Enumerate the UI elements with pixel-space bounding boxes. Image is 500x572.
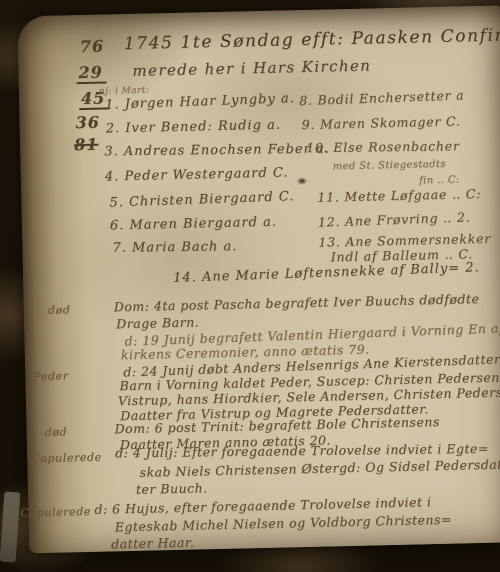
margin-label-baptism: Peder: [33, 369, 69, 383]
register-entry-line: datter Haar.: [111, 535, 195, 552]
confirmand-name: 3. Andreas Enochsen Feber a.: [104, 142, 330, 160]
confirmand-name: 6. Maren Biergaard a.: [110, 215, 277, 234]
confirmand-name: 11. Mette Løfgaae ‥ C:: [317, 186, 481, 205]
margin-label-marriage: Copulerede: [20, 505, 91, 520]
register-entry-line: Drage Barn.: [116, 314, 199, 331]
register-entry-line: ter Buuch.: [136, 480, 208, 497]
margin-number: 36: [75, 113, 100, 133]
confirmand-name: 4. Peder Westergaard C.: [105, 165, 289, 184]
margin-number: 81: [74, 135, 99, 155]
entry-heading-line: merede her i Hars Kirchen: [132, 56, 371, 79]
interlinear-insertion: med St. Stiegestadts: [333, 159, 446, 173]
interlinear-insertion: fin ‥ C:: [419, 174, 460, 186]
margin-label-burial: død: [44, 425, 67, 439]
confirmand-name: 2. Iver Bened: Rudig a.: [106, 118, 281, 137]
confirmand-name: 12. Ane Frøvring ‥ 2.: [318, 209, 471, 229]
confirmand-name: 14. Ane Marie Løftensnekke af Bally= 2.: [173, 260, 480, 286]
confirmand-name: 9. Maren Skomager C.: [302, 113, 461, 132]
margin-number: 29: [76, 62, 107, 84]
interlinear-note: nj: i Mart:: [99, 86, 149, 97]
scan-edge-artifact: [0, 492, 20, 563]
entry-heading-line: 1745 1te Søndag efft: Paasken Confir=: [124, 25, 500, 54]
register-page: 76 29 45 36 81 1745 1te Søndag efft: Paa…: [17, 5, 500, 553]
margin-label-burial: død: [48, 303, 71, 317]
confirmand-name: 10. Else Rosenbacher: [306, 138, 460, 155]
confirmand-name: 7. Maria Bach a.: [112, 239, 237, 256]
register-entry-line: skab Niels Christensen Østergd: Og Sidse…: [139, 456, 500, 479]
margin-label-marriage: Copulerede: [31, 451, 102, 466]
register-entry-line: Dom: 4ta post Pascha begrafett Iver Buuc…: [114, 291, 480, 314]
confirmand-name: 8. Bodil Enchersetter a: [299, 87, 465, 108]
margin-number: 76: [80, 37, 105, 57]
manuscript-photo: 76 29 45 36 81 1745 1te Søndag efft: Paa…: [0, 0, 500, 572]
confirmand-name: 5. Christen Biergaard C.: [109, 189, 294, 210]
